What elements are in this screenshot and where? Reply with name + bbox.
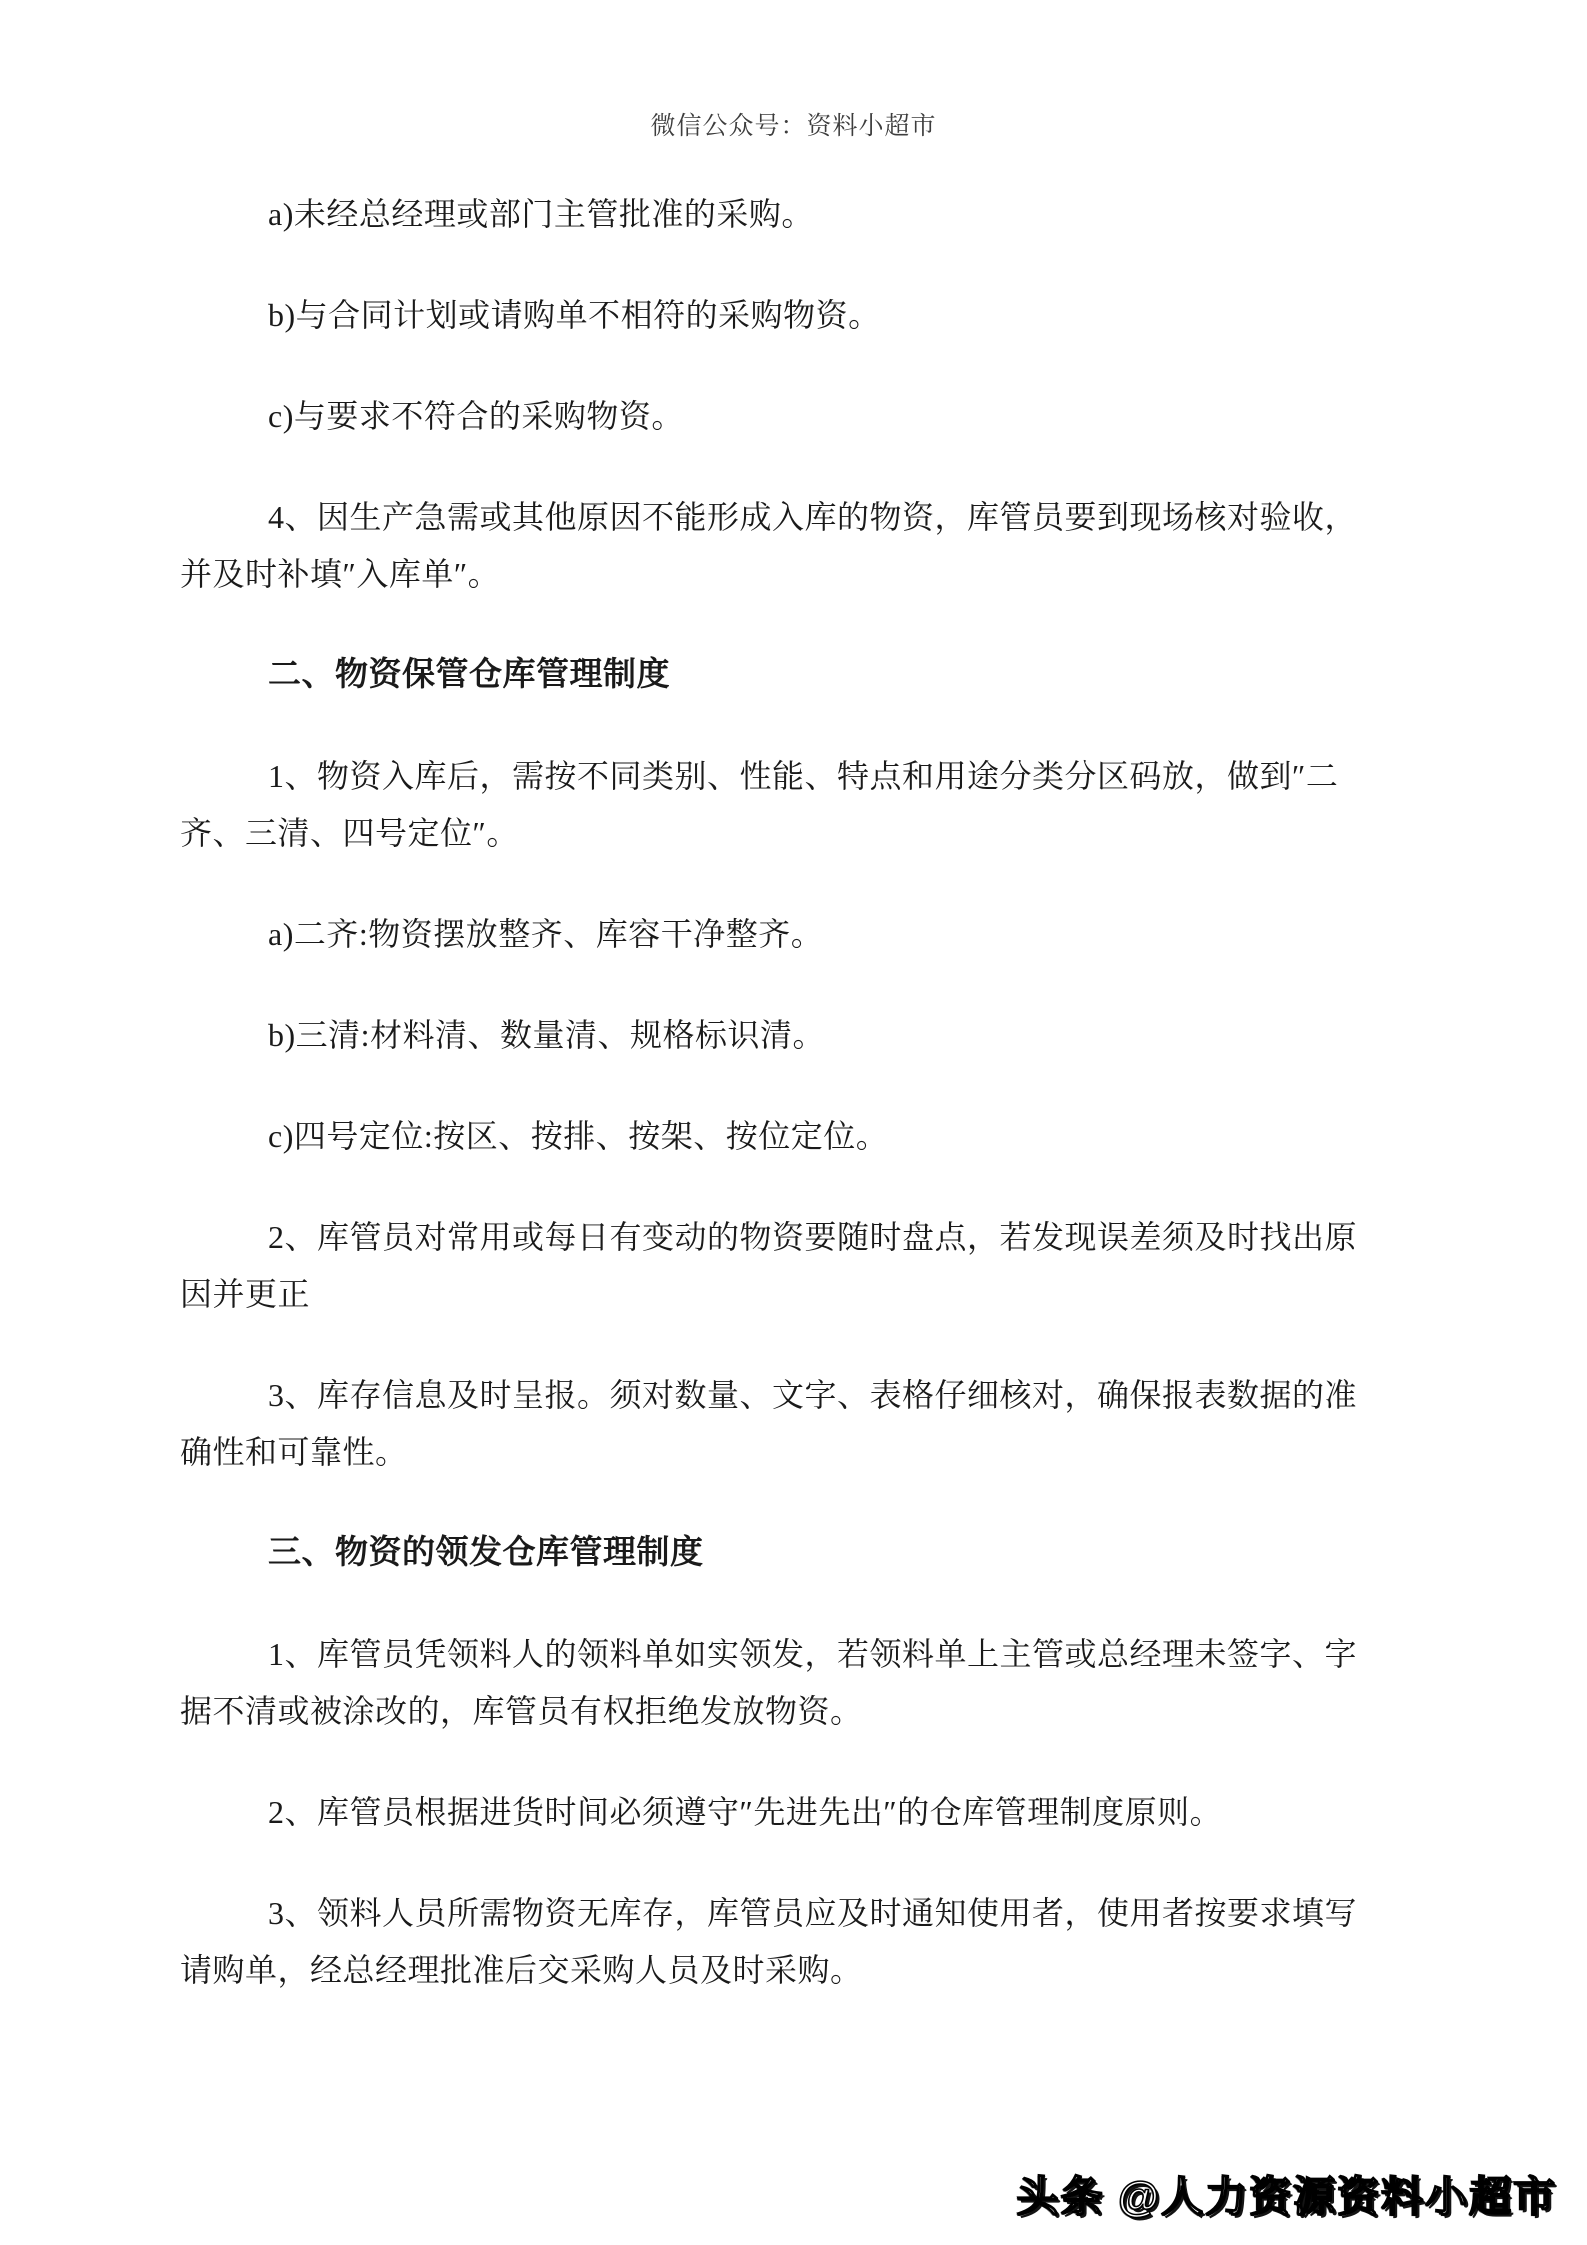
text-line: 1、物资入库后，需按不同类别、性能、特点和用途分类分区码放，做到″二 [180,748,1480,805]
paragraph: 1、库管员凭领料人的领料单如实领发，若领料单上主管或总经理未签字、字据不清或被涂… [180,1626,1480,1740]
document-page: { "colors": { "page_bg": "#ffffff", "bod… [0,0,1587,2245]
text-line: 确性和可靠性。 [180,1424,1480,1481]
text-line: 二、物资保管仓库管理制度 [180,647,1480,704]
text-line: 2、库管员根据进货时间必须遵守″先进先出″的仓库管理制度原则。 [180,1784,1480,1841]
paragraph: c)四号定位:按区、按排、按架、按位定位。 [180,1108,1480,1165]
text-line: c)四号定位:按区、按排、按架、按位定位。 [180,1108,1480,1165]
paragraph: b)与合同计划或请购单不相符的采购物资。 [180,287,1480,344]
text-line: 因并更正 [180,1266,1480,1323]
text-line: c)与要求不符合的采购物资。 [180,388,1480,445]
paragraph: 4、因生产急需或其他原因不能形成入库的物资，库管员要到现场核对验收，并及时补填″… [180,489,1480,603]
text-line: a)二齐:物资摆放整齐、库容干净整齐。 [180,906,1480,963]
document-blocks: a)未经总经理或部门主管批准的采购。b)与合同计划或请购单不相符的采购物资。c)… [180,186,1480,1999]
section-heading: 三、物资的领发仓库管理制度 [180,1525,1480,1582]
text-line: 齐、三清、四号定位″。 [180,805,1480,862]
text-line: b)三清:材料清、数量清、规格标识清。 [180,1007,1480,1064]
paragraph: b)三清:材料清、数量清、规格标识清。 [180,1007,1480,1064]
paragraph: 3、领料人员所需物资无库存，库管员应及时通知使用者，使用者按要求填写请购单，经总… [180,1885,1480,1999]
paragraph: a)二齐:物资摆放整齐、库容干净整齐。 [180,906,1480,963]
paragraph: 2、库管员对常用或每日有变动的物资要随时盘点，若发现误差须及时找出原因并更正 [180,1209,1480,1323]
text-line: a)未经总经理或部门主管批准的采购。 [180,186,1480,243]
paragraph: c)与要求不符合的采购物资。 [180,388,1480,445]
paragraph: 1、物资入库后，需按不同类别、性能、特点和用途分类分区码放，做到″二齐、三清、四… [180,748,1480,862]
text-line: 2、库管员对常用或每日有变动的物资要随时盘点，若发现误差须及时找出原 [180,1209,1480,1266]
paragraph: 3、库存信息及时呈报。须对数量、文字、表格仔细核对，确保报表数据的准确性和可靠性… [180,1367,1480,1481]
text-line: 3、库存信息及时呈报。须对数量、文字、表格仔细核对，确保报表数据的准 [180,1367,1480,1424]
text-line: 4、因生产急需或其他原因不能形成入库的物资，库管员要到现场核对验收， [180,489,1480,546]
text-line: 请购单，经总经理批准后交采购人员及时采购。 [180,1942,1480,1999]
toutiao-watermark: 头条 @人力资源资料小超市 [1016,2169,1557,2225]
text-line: 3、领料人员所需物资无库存，库管员应及时通知使用者，使用者按要求填写 [180,1885,1480,1942]
text-line: 并及时补填″入库单″。 [180,546,1480,603]
text-line: 三、物资的领发仓库管理制度 [180,1525,1480,1582]
text-line: 据不清或被涂改的，库管员有权拒绝发放物资。 [180,1683,1480,1740]
section-heading: 二、物资保管仓库管理制度 [180,647,1480,704]
paragraph: a)未经总经理或部门主管批准的采购。 [180,186,1480,243]
paragraph: 2、库管员根据进货时间必须遵守″先进先出″的仓库管理制度原则。 [180,1784,1480,1841]
text-line: 1、库管员凭领料人的领料单如实领发，若领料单上主管或总经理未签字、字 [180,1626,1480,1683]
text-line: b)与合同计划或请购单不相符的采购物资。 [180,287,1480,344]
wechat-account-header: 微信公众号：资料小超市 [0,112,1587,142]
